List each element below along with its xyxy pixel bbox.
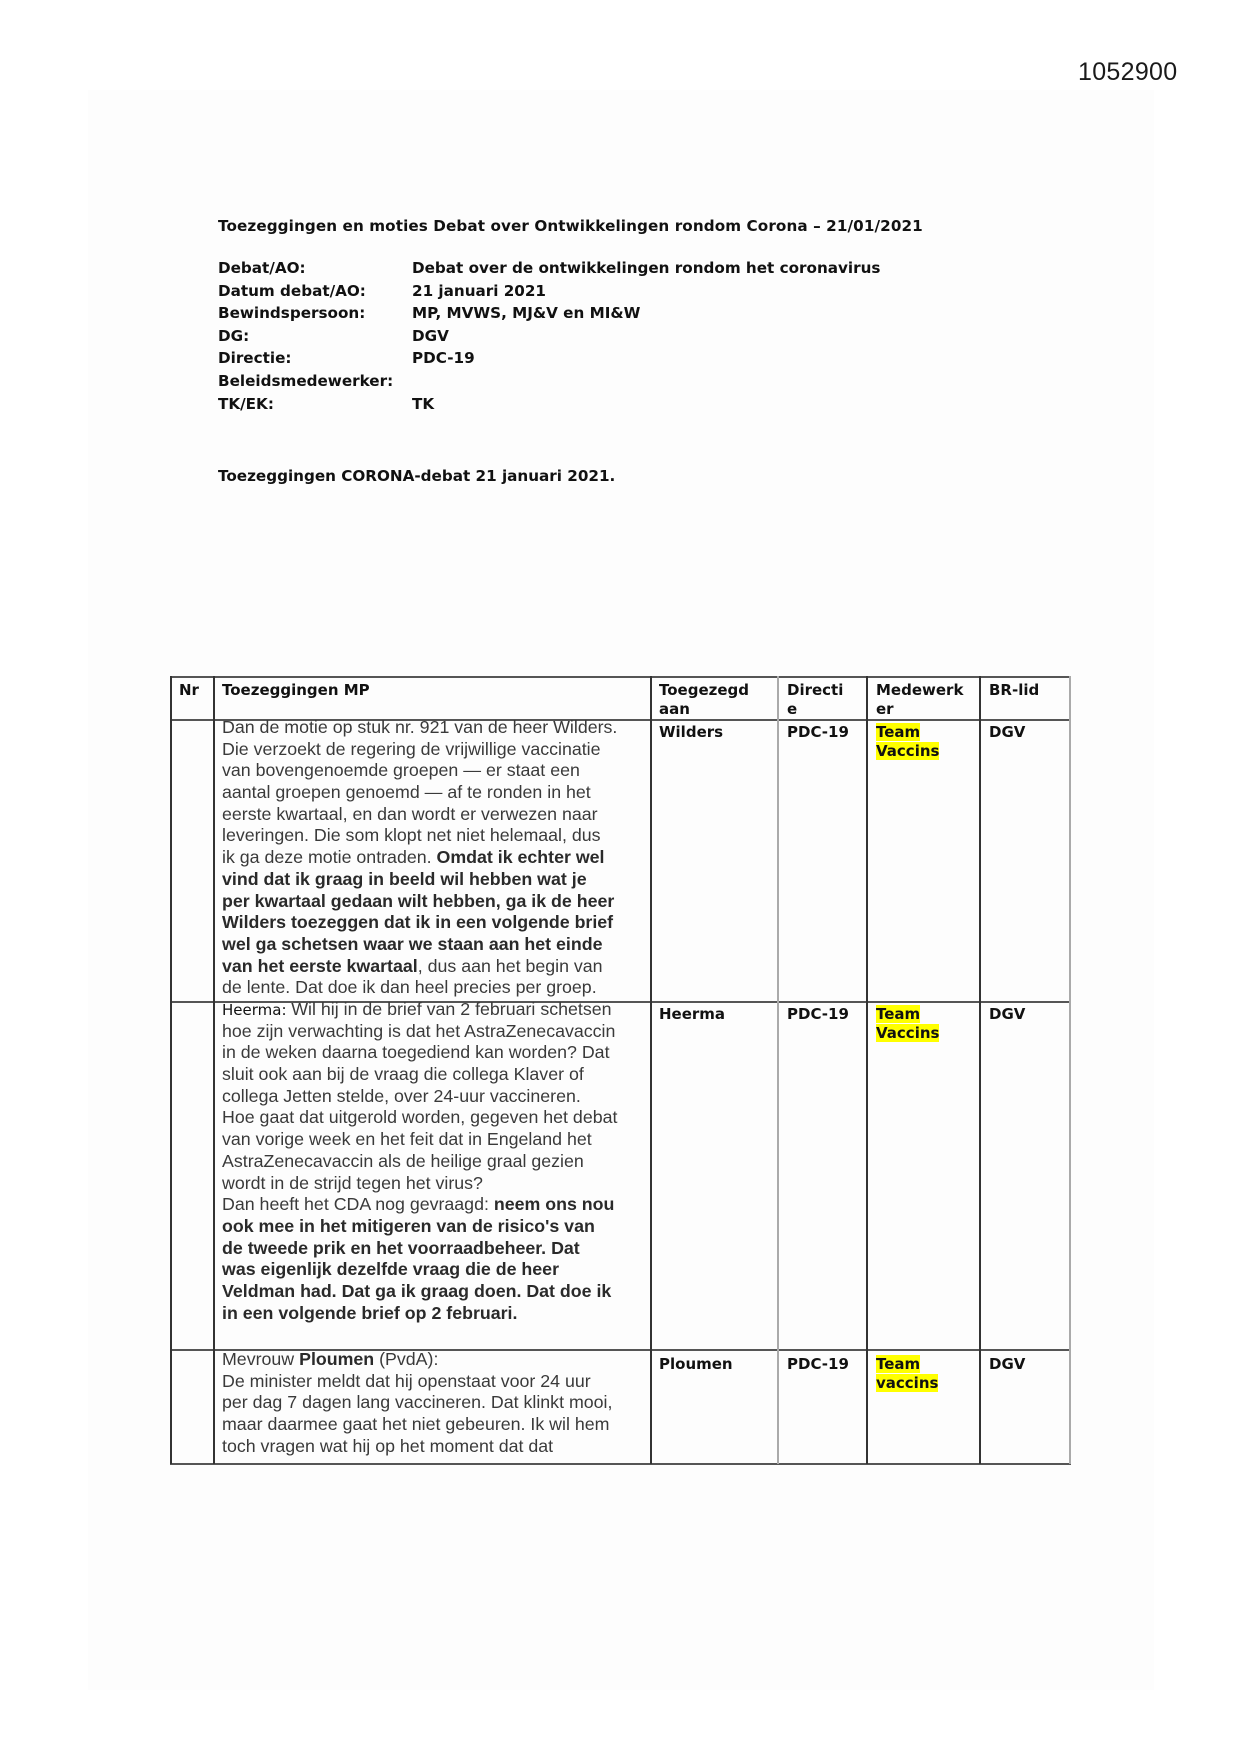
text-line: sluit ook aan bij de vraag die collega K…	[222, 1064, 617, 1086]
column-divider	[866, 676, 868, 1464]
text-line: eerste kwartaal, en dan wordt er verweze…	[222, 804, 617, 826]
meta-label: Datum debat/AO:	[218, 280, 412, 303]
column-divider	[979, 676, 981, 1464]
text-line: de tweede prik en het voorraadbeheer. Da…	[222, 1238, 617, 1260]
directie-value: PDC-19	[787, 1355, 849, 1374]
medewerker-value: Team Vaccins	[876, 1005, 939, 1043]
toegezegd-aan-value: Wilders	[659, 723, 723, 742]
text-line: van vorige week en het feit dat in Engel…	[222, 1129, 617, 1151]
meta-label: Directie:	[218, 347, 412, 370]
column-divider	[777, 676, 779, 1464]
highlight: Vaccins	[876, 742, 939, 760]
meta-value: MP, MVWS, MJ&V en MI&W	[412, 302, 640, 325]
text-line: hoe zijn verwachting is dat het AstraZen…	[222, 1021, 617, 1043]
text-line: Mevrouw Ploumen (PvdA):	[222, 1349, 612, 1371]
meta-label: TK/EK:	[218, 393, 412, 416]
text-line: Veldman had. Dat ga ik graag doen. Dat d…	[222, 1281, 617, 1303]
header-line: aan	[659, 700, 749, 719]
text-line: van bovengenoemde groepen — er staat een	[222, 760, 617, 782]
header-br-lid: BR-lid	[989, 681, 1039, 700]
text-line: aantal groepen genoemd — af te ronden in…	[222, 782, 617, 804]
highlight: Vaccins	[876, 1024, 939, 1042]
document-title: Toezeggingen en moties Debat over Ontwik…	[218, 217, 923, 235]
br-lid-value: DGV	[989, 1005, 1025, 1024]
highlight: Team	[876, 723, 920, 741]
meta-value: DGV	[412, 325, 449, 348]
table-border-top	[170, 676, 1071, 678]
text-line: Dan heeft het CDA nog gevraagd: neem ons…	[222, 1194, 617, 1216]
header-medewerker: Medewerk er	[876, 681, 963, 719]
meta-value: PDC-19	[412, 347, 475, 370]
meta-value: Debat over de ontwikkelingen rondom het …	[412, 257, 880, 280]
header-toezeggingen: Toezeggingen MP	[222, 681, 370, 700]
meta-block: Debat/AO: Debat over de ontwikkelingen r…	[218, 257, 880, 415]
meta-label: Bewindspersoon:	[218, 302, 412, 325]
text-line: per kwartaal gedaan wilt hebben, ga ik d…	[222, 891, 617, 913]
highlight: Team	[876, 1005, 920, 1023]
header-line: er	[876, 700, 963, 719]
commitments-table: Nr Toezeggingen MP Toegezegd aan Directi…	[170, 676, 1071, 1464]
directie-value: PDC-19	[787, 1005, 849, 1024]
text-line: ik ga deze motie ontraden. Omdat ik echt…	[222, 847, 617, 869]
meta-label: DG:	[218, 325, 412, 348]
meta-row-datum: Datum debat/AO: 21 januari 2021	[218, 280, 880, 303]
directie-value: PDC-19	[787, 723, 849, 742]
text-line: vind dat ik graag in beeld wil hebben wa…	[222, 869, 617, 891]
br-lid-value: DGV	[989, 1355, 1025, 1374]
meta-row-debat: Debat/AO: Debat over de ontwikkelingen r…	[218, 257, 880, 280]
toegezegd-aan-value: Ploumen	[659, 1355, 733, 1374]
text-line: de lente. Dat doe ik dan heel precies pe…	[222, 977, 617, 999]
text-line: Dan de motie op stuk nr. 921 van de heer…	[222, 717, 617, 739]
column-divider	[650, 676, 652, 1464]
text-line: in een volgende brief op 2 februari.	[222, 1303, 617, 1325]
text-line: maar daarmee gaat het niet gebeuren. Ik …	[222, 1414, 612, 1436]
text-line: per dag 7 dagen lang vaccineren. Dat kli…	[222, 1392, 612, 1414]
table-border-bottom	[170, 1463, 1071, 1465]
text-line: toch vragen wat hij op het moment dat da…	[222, 1436, 612, 1458]
header-toegezegd-aan: Toegezegd aan	[659, 681, 749, 719]
commitment-text: Dan de motie op stuk nr. 921 van de heer…	[222, 717, 617, 999]
meta-row-bewindspersoon: Bewindspersoon: MP, MVWS, MJ&V en MI&W	[218, 302, 880, 325]
text-line: wel ga schetsen waar we staan aan het ei…	[222, 934, 617, 956]
commitment-text: Mevrouw Ploumen (PvdA):De minister meldt…	[222, 1349, 612, 1457]
text-line: ook mee in het mitigeren van de risico's…	[222, 1216, 617, 1238]
meta-row-directie: Directie: PDC-19	[218, 347, 880, 370]
text-line: in de weken daarna toegediend kan worden…	[222, 1042, 617, 1064]
column-divider	[213, 676, 215, 1464]
header-line: e	[787, 700, 843, 719]
text-line: Wilders toezeggen dat ik in een volgende…	[222, 912, 617, 934]
section-subtitle: Toezeggingen CORONA-debat 21 januari 202…	[218, 467, 615, 485]
table-border-right	[1069, 676, 1071, 1464]
header-line: Directi	[787, 681, 843, 700]
highlight: vaccins	[876, 1374, 938, 1392]
header-directie: Directi e	[787, 681, 843, 719]
text-line: wordt in de strijd tegen het virus?	[222, 1173, 617, 1195]
text-line: Hoe gaat dat uitgerold worden, gegeven h…	[222, 1107, 617, 1129]
meta-label: Debat/AO:	[218, 257, 412, 280]
text-line: collega Jetten stelde, over 24-uur vacci…	[222, 1086, 617, 1108]
meta-row-beleidsmedewerker: Beleidsmedewerker:	[218, 370, 880, 393]
text-line: Die verzoekt de regering de vrijwillige …	[222, 739, 617, 761]
text-line: AstraZenecavaccin als de heilige graal g…	[222, 1151, 617, 1173]
text-line: De minister meldt dat hij openstaat voor…	[222, 1371, 612, 1393]
header-nr: Nr	[179, 681, 199, 700]
text-line: was eigenlijk dezelfde vraag die de heer	[222, 1259, 617, 1281]
header-line: Toegezegd	[659, 681, 749, 700]
highlight: Team	[876, 1355, 920, 1373]
meta-row-dg: DG: DGV	[218, 325, 880, 348]
meta-value: TK	[412, 393, 434, 416]
meta-label: Beleidsmedewerker:	[218, 370, 412, 393]
text-line: van het eerste kwartaal, dus aan het beg…	[222, 956, 617, 978]
text-line: leveringen. Die som klopt net niet helem…	[222, 825, 617, 847]
medewerker-value: Team Vaccins	[876, 723, 939, 761]
header-line: Medewerk	[876, 681, 963, 700]
commitment-text: Heerma: Wil hij in de brief van 2 februa…	[222, 999, 617, 1324]
br-lid-value: DGV	[989, 723, 1025, 742]
toegezegd-aan-value: Heerma	[659, 1005, 725, 1024]
text-line: Heerma: Wil hij in de brief van 2 februa…	[222, 999, 617, 1021]
meta-value: 21 januari 2021	[412, 280, 546, 303]
medewerker-value: Team vaccins	[876, 1355, 938, 1393]
table-border-left	[170, 676, 172, 1464]
document-id: 1052900	[1078, 58, 1177, 87]
meta-row-tk-ek: TK/EK: TK	[218, 393, 880, 416]
